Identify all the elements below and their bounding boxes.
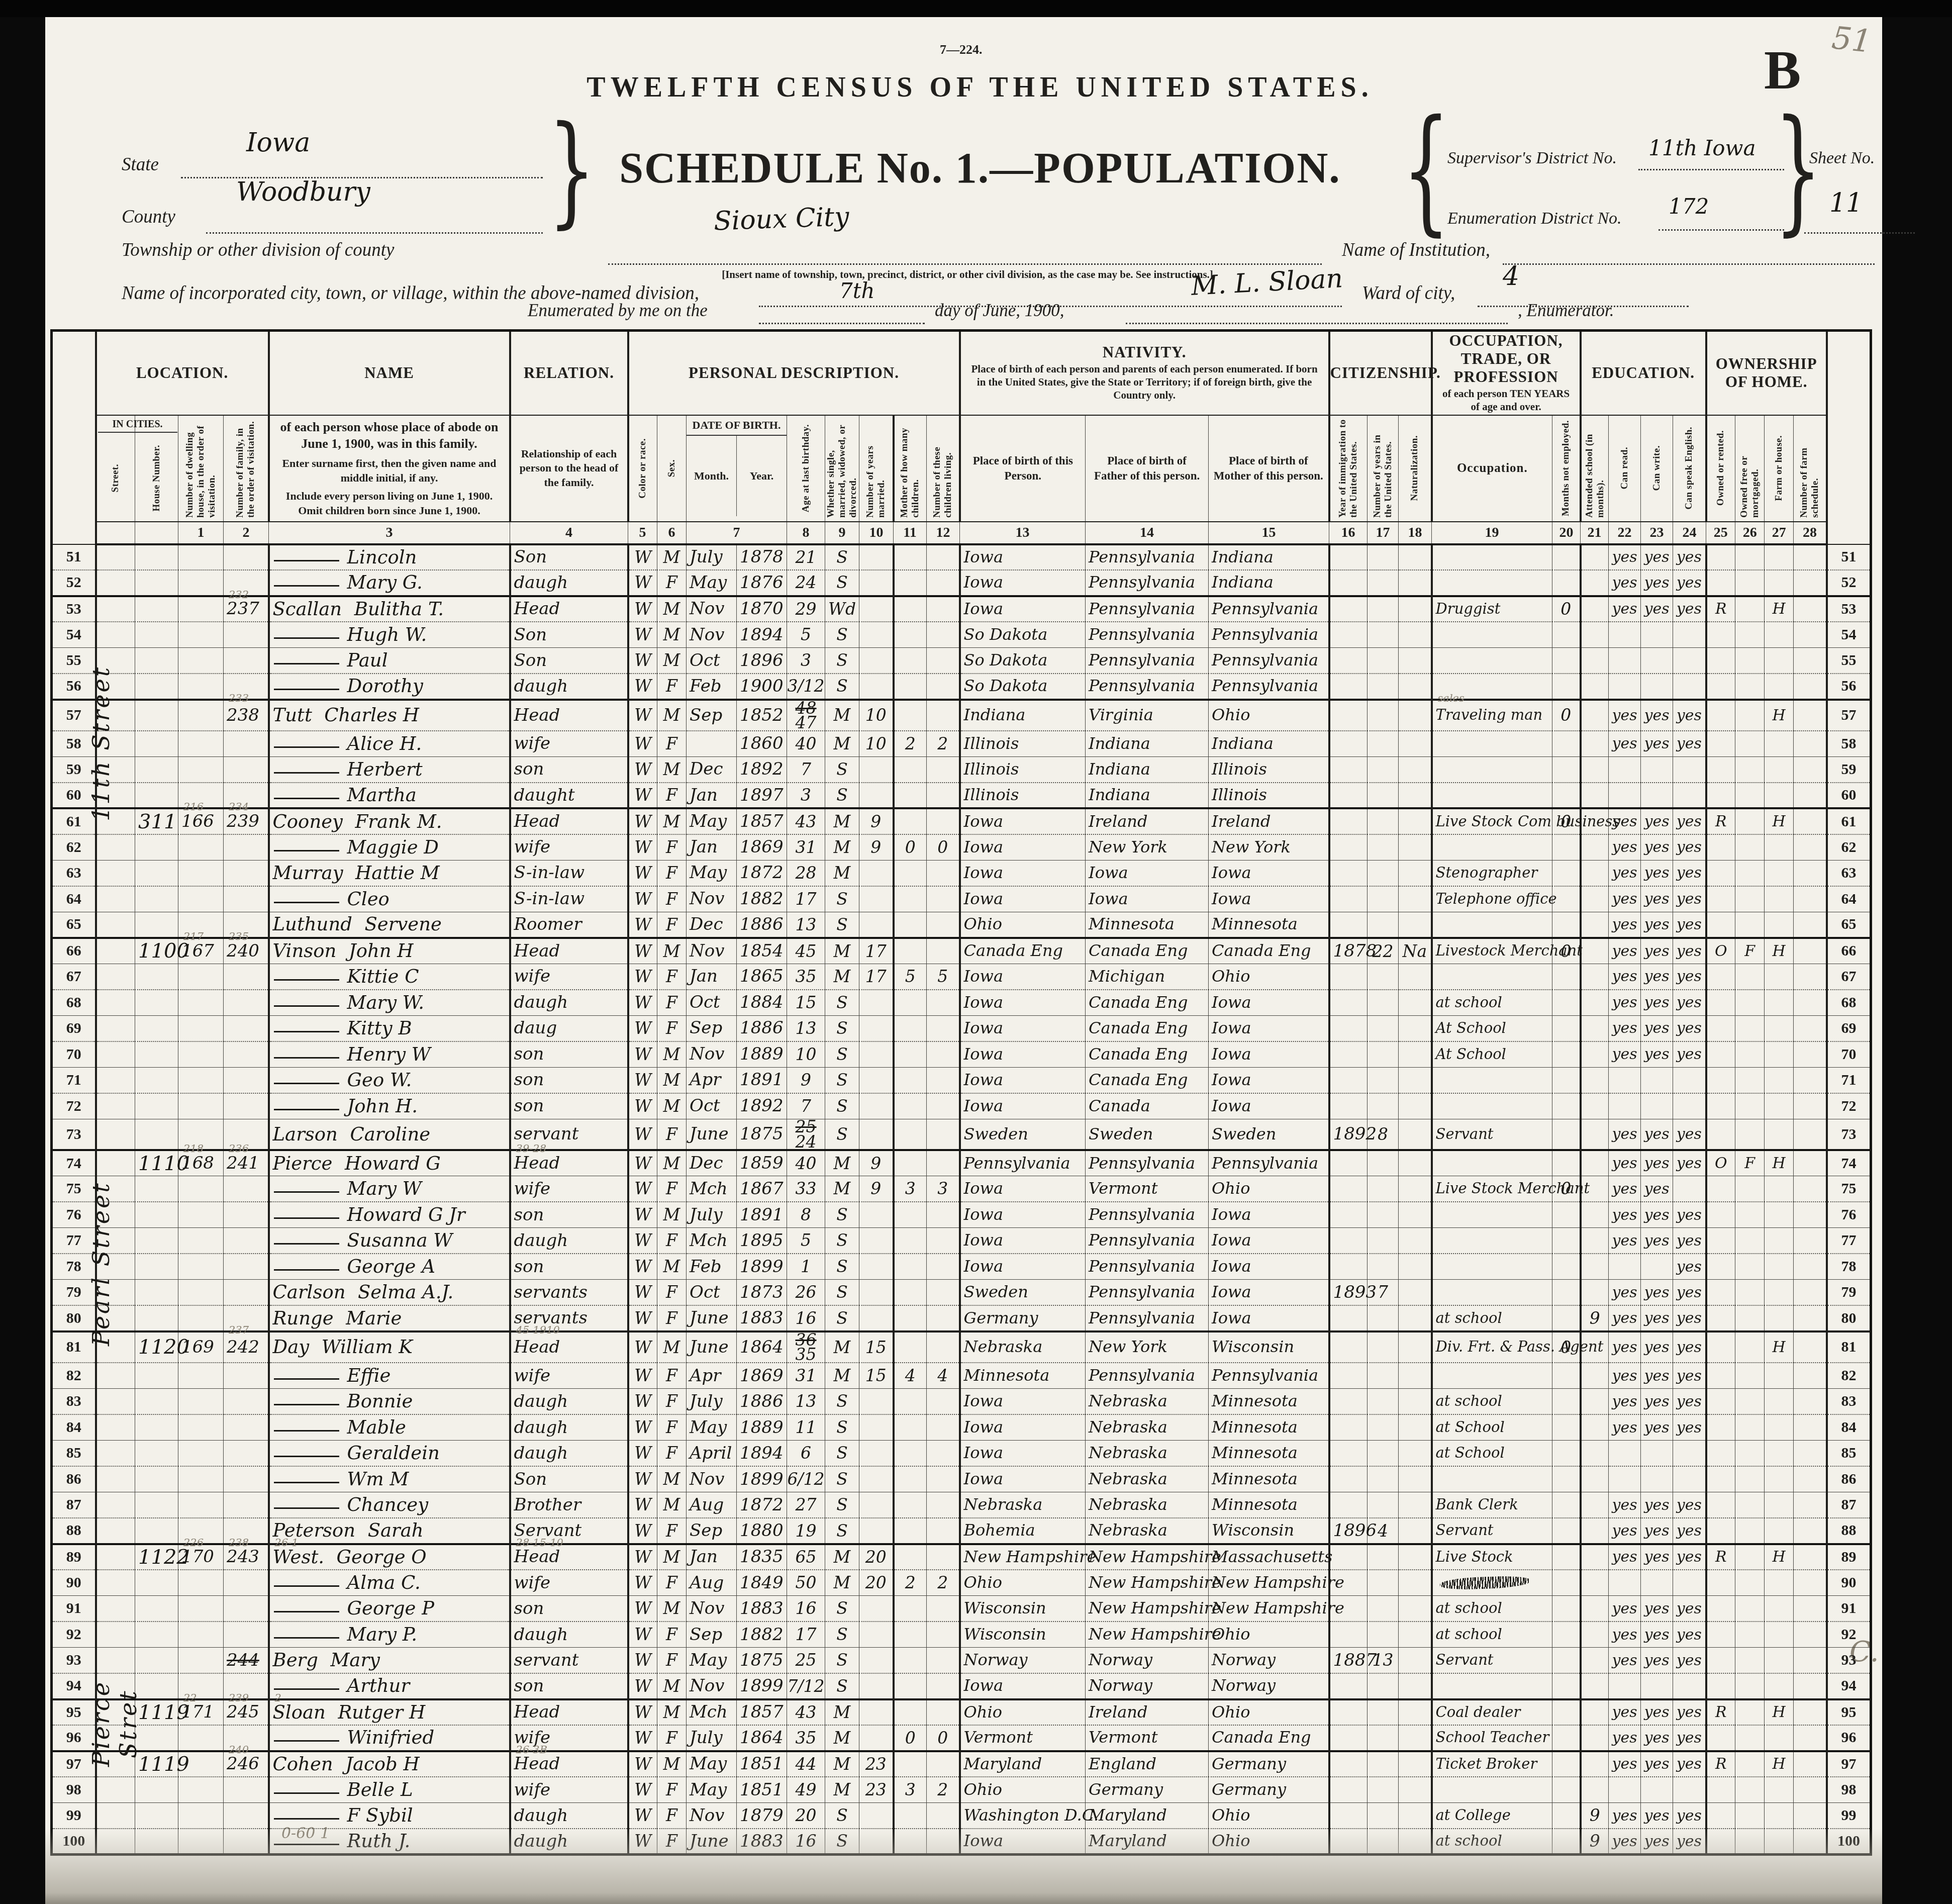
cell-na xyxy=(1399,783,1432,809)
cell-sx: F xyxy=(657,1414,687,1441)
cell-pb: Iowa xyxy=(960,1015,1086,1041)
cell-mc xyxy=(894,596,927,622)
cell-ym xyxy=(859,1254,894,1280)
cell-yu xyxy=(1368,1067,1399,1093)
cell-mc xyxy=(894,1699,927,1726)
cell-ms: S xyxy=(825,1202,859,1228)
line-number-left: 68 xyxy=(52,990,96,1016)
cell-ym xyxy=(859,1202,894,1228)
col-month: Month. xyxy=(687,436,737,516)
cell-pm: Iowa xyxy=(1209,1015,1329,1041)
cell-pb: Sweden xyxy=(960,1280,1086,1306)
cell-yr: 1867 xyxy=(737,1176,787,1202)
cell-mn xyxy=(1552,1228,1581,1254)
cell-ym xyxy=(859,1041,894,1068)
cell-ag: 44 xyxy=(787,1751,825,1777)
cell-mo: Feb xyxy=(687,674,737,700)
cell-sx: F xyxy=(657,1119,687,1150)
cell-rel: wife xyxy=(510,1570,628,1596)
cell-nm: Runge Marie xyxy=(269,1305,510,1331)
cell-mo: Jan xyxy=(687,783,737,809)
group-relation: RELATION. xyxy=(510,331,628,415)
cell-na xyxy=(1399,1544,1432,1570)
table-row: 91George PsonWMNov188316SWisconsinNew Ha… xyxy=(52,1596,1871,1622)
cell-yr: 1896 xyxy=(737,648,787,674)
cell-at xyxy=(1581,674,1609,700)
table-row: 951119221712392452Sloan Rutger HHeadWMMc… xyxy=(52,1699,1871,1726)
surname-ditto-line xyxy=(274,1792,339,1794)
cell-na xyxy=(1399,1777,1432,1803)
cell-mc xyxy=(894,674,927,700)
cell-wr: yes xyxy=(1641,700,1673,731)
cell-yu xyxy=(1368,1305,1399,1331)
cell-yr: 1894 xyxy=(737,1441,787,1467)
col-number: 19 xyxy=(1432,522,1552,544)
cell-om xyxy=(1735,834,1765,861)
cell-yr: 1886 xyxy=(737,1015,787,1041)
line-number-right: 86 xyxy=(1827,1466,1871,1492)
cell-fs xyxy=(1794,1067,1827,1093)
cell-ms: S xyxy=(825,1254,859,1280)
cell-sx: F xyxy=(657,1389,687,1415)
cell-om xyxy=(1735,1492,1765,1518)
cell-mn xyxy=(1552,990,1581,1016)
cell-sx: M xyxy=(657,1202,687,1228)
col-can-read: Can read. xyxy=(1609,415,1641,522)
form-number: 7—224. xyxy=(940,42,983,57)
cell-yu xyxy=(1368,596,1399,622)
cell-at: 9 xyxy=(1581,1803,1609,1829)
cell-yr: 1857 xyxy=(737,808,787,834)
cell-mn xyxy=(1552,1150,1581,1176)
cell-rd xyxy=(1609,783,1641,809)
cell-cl xyxy=(927,1829,960,1855)
cell-or xyxy=(1706,1389,1735,1415)
cell-pb: Sweden xyxy=(960,1119,1086,1150)
table-row: 82EffiewifeWFApr186931M1544MinnesotaPenn… xyxy=(52,1363,1871,1389)
cell-yr: 1891 xyxy=(737,1067,787,1093)
cell-yr: 1879 xyxy=(737,1803,787,1829)
cell-hs xyxy=(135,1492,178,1518)
cell-rel: wife xyxy=(510,1363,628,1389)
cell-na xyxy=(1399,1176,1432,1202)
cell-hs xyxy=(135,1119,178,1150)
cell-or xyxy=(1706,1176,1735,1202)
cell-pm: Germany xyxy=(1209,1777,1329,1803)
cell-fh xyxy=(1765,990,1794,1016)
cell-or xyxy=(1706,1648,1735,1674)
cell-or xyxy=(1706,1492,1735,1518)
cell-st xyxy=(96,1518,135,1544)
cell-wr: yes xyxy=(1641,1202,1673,1228)
cell-sp: yes xyxy=(1673,1015,1706,1041)
cell-sx: M xyxy=(657,1673,687,1699)
cell-ym xyxy=(859,1389,894,1415)
cell-rd: yes xyxy=(1609,860,1641,886)
cell-sp xyxy=(1673,674,1706,700)
cell-oc xyxy=(1432,1202,1552,1228)
cell-om xyxy=(1735,674,1765,700)
cell-rd: yes xyxy=(1609,544,1641,570)
cell-om xyxy=(1735,1363,1765,1389)
cell-or xyxy=(1706,622,1735,648)
cell-fh xyxy=(1765,731,1794,757)
cell-at: 9 xyxy=(1581,1829,1609,1855)
scratched-out-entry xyxy=(1439,1575,1530,1590)
cell-sp xyxy=(1673,1093,1706,1119)
cell-mo: May xyxy=(687,570,737,596)
cell-or xyxy=(1706,834,1735,861)
cell-cl xyxy=(927,544,960,570)
cell-wr: yes xyxy=(1641,1596,1673,1622)
cell-c: W xyxy=(628,1119,657,1150)
cell-om xyxy=(1735,1622,1765,1648)
cell-ym: 9 xyxy=(859,1176,894,1202)
cell-pb: So Dakota xyxy=(960,648,1086,674)
cell-fs xyxy=(1794,1829,1827,1855)
group-citizenship: CITIZENSHIP. xyxy=(1329,331,1432,415)
col-name: of each person whose place of abode on J… xyxy=(269,415,510,522)
surname-ditto-line xyxy=(274,1844,339,1845)
cell-ms: M xyxy=(825,808,859,834)
cell-dw: 217167 xyxy=(178,938,224,964)
cell-mc xyxy=(894,1331,927,1363)
cell-cl xyxy=(927,990,960,1016)
cell-nm: Kitty B xyxy=(269,1015,510,1041)
cell-ag: 17 xyxy=(787,886,825,912)
cell-hs xyxy=(135,756,178,783)
cell-sx: F xyxy=(657,912,687,938)
cell-pf: Pennsylvania xyxy=(1086,622,1209,648)
cell-wr: yes xyxy=(1641,570,1673,596)
cell-wr xyxy=(1641,1673,1673,1699)
cell-rd: yes xyxy=(1609,1518,1641,1544)
cell-fh xyxy=(1765,1596,1794,1622)
cell-sx: M xyxy=(657,1254,687,1280)
cell-dw xyxy=(178,756,224,783)
cell-at xyxy=(1581,1570,1609,1596)
cell-nm: Susanna W xyxy=(269,1228,510,1254)
table-row: 92Mary P.daughWFSep188217SWisconsinNew H… xyxy=(52,1622,1871,1648)
cell-sp: yes xyxy=(1673,1331,1706,1363)
cell-pf: Ireland xyxy=(1086,808,1209,834)
cell-sp: yes xyxy=(1673,1648,1706,1674)
cell-wr: yes xyxy=(1641,1280,1673,1306)
cell-ym xyxy=(859,1829,894,1855)
cell-cl xyxy=(927,1150,960,1176)
pencil-annotation: 45-1910 xyxy=(516,1325,560,1336)
cell-ym xyxy=(859,783,894,809)
cell-fh xyxy=(1765,1648,1794,1674)
cell-yu xyxy=(1368,1699,1399,1726)
cell-pm: Sweden xyxy=(1209,1119,1329,1150)
cell-na xyxy=(1399,1622,1432,1648)
cell-mn: 0 xyxy=(1552,1331,1581,1363)
cell-sx: F xyxy=(657,1570,687,1596)
cell-rd: yes xyxy=(1609,1648,1641,1674)
cell-dw xyxy=(178,1305,224,1331)
cell-c: W xyxy=(628,700,657,731)
cell-rel: S-in-law xyxy=(510,860,628,886)
col-attended-school: Attended school (in months). xyxy=(1581,415,1609,522)
cell-rd: yes xyxy=(1609,1596,1641,1622)
cell-ms: M xyxy=(825,938,859,964)
cell-om xyxy=(1735,1280,1765,1306)
cell-wr xyxy=(1641,1067,1673,1093)
cell-ms: S xyxy=(825,1518,859,1544)
cell-at xyxy=(1581,1544,1609,1570)
cell-mc xyxy=(894,1254,927,1280)
cell-fh: H xyxy=(1765,1751,1794,1777)
cell-ms: S xyxy=(825,1648,859,1674)
line-number-header-right xyxy=(1827,331,1871,544)
cell-cl xyxy=(927,808,960,834)
cell-sp xyxy=(1673,1176,1706,1202)
cell-or xyxy=(1706,783,1735,809)
col-number: 16 xyxy=(1329,522,1368,544)
cell-pf: Canada Eng xyxy=(1086,1041,1209,1068)
cell-ms: Wd xyxy=(825,596,859,622)
cell-at xyxy=(1581,1280,1609,1306)
cell-pf: New Hampshire xyxy=(1086,1544,1209,1570)
cell-wr: yes xyxy=(1641,938,1673,964)
cell-yr: 1857 xyxy=(737,1699,787,1726)
cell-pm: Ireland xyxy=(1209,808,1329,834)
cell-ym xyxy=(859,1596,894,1622)
cell-mc xyxy=(894,1673,927,1699)
cell-fs xyxy=(1794,1280,1827,1306)
cell-fh xyxy=(1765,648,1794,674)
supervisor-line xyxy=(1638,169,1784,170)
cell-ms: S xyxy=(825,1622,859,1648)
cell-ag: 10 xyxy=(787,1041,825,1068)
cell-hs xyxy=(135,1067,178,1093)
cell-fs xyxy=(1794,1441,1827,1467)
cell-pf: Norway xyxy=(1086,1673,1209,1699)
cell-or: R xyxy=(1706,596,1735,622)
cell-yr: 1886 xyxy=(737,912,787,938)
district-brace-open: { xyxy=(1402,103,1450,238)
cell-im: 1887 xyxy=(1329,1648,1368,1674)
cell-fh xyxy=(1765,886,1794,912)
cell-nm: Mary P. xyxy=(269,1622,510,1648)
cell-pf: Michigan xyxy=(1086,964,1209,990)
cell-nm: Effie xyxy=(269,1363,510,1389)
cell-mc xyxy=(894,1751,927,1777)
cell-yr: 1883 xyxy=(737,1596,787,1622)
cell-mo: Mch xyxy=(687,1699,737,1726)
table-row: 60MarthadaughtWFJan18973SIllinoisIndiana… xyxy=(52,783,1871,809)
cell-hs xyxy=(135,964,178,990)
cell-oc xyxy=(1432,544,1552,570)
surname-ditto-line xyxy=(274,979,339,981)
cell-c: W xyxy=(628,912,657,938)
cell-nm: Carlson Selma A.J. xyxy=(269,1280,510,1306)
cell-im xyxy=(1329,596,1368,622)
cell-yr: 1835 xyxy=(737,1544,787,1570)
cell-ms: M xyxy=(825,1699,859,1726)
cell-cl xyxy=(927,1389,960,1415)
cell-cl xyxy=(927,1699,960,1726)
cell-sp: yes xyxy=(1673,964,1706,990)
pencil-annotation: 239 xyxy=(229,1693,249,1703)
cell-hs xyxy=(135,648,178,674)
cell-mn xyxy=(1552,1829,1581,1855)
cell-pm: Wisconsin xyxy=(1209,1331,1329,1363)
cell-om xyxy=(1735,1544,1765,1570)
cell-fh xyxy=(1765,1280,1794,1306)
cell-ym: 9 xyxy=(859,834,894,861)
cell-nm: 2Sloan Rutger H xyxy=(269,1699,510,1726)
cell-fam xyxy=(224,1466,269,1492)
cell-na xyxy=(1399,1492,1432,1518)
col-number: 1 xyxy=(178,522,224,544)
cell-mo: Oct xyxy=(687,1093,737,1119)
cell-na xyxy=(1399,1093,1432,1119)
cell-sx: F xyxy=(657,1363,687,1389)
cell-hs: 1100 xyxy=(135,938,178,964)
ward-label: Ward of city, xyxy=(1362,282,1455,304)
cell-fs xyxy=(1794,1041,1827,1068)
cell-rd xyxy=(1609,1067,1641,1093)
cell-mc: 4 xyxy=(894,1363,927,1389)
cell-mc xyxy=(894,1829,927,1855)
cell-or xyxy=(1706,756,1735,783)
cell-ag: 50 xyxy=(787,1570,825,1596)
cell-sx: M xyxy=(657,1596,687,1622)
cell-mo xyxy=(687,731,737,757)
cell-pm: Illinois xyxy=(1209,756,1329,783)
cell-hs: 1120 xyxy=(135,1331,178,1363)
cell-wr: yes xyxy=(1641,1150,1673,1176)
cell-pm: Minnesota xyxy=(1209,912,1329,938)
group-nativity: NATIVITY. Place of birth of each person … xyxy=(960,331,1329,415)
cell-c: W xyxy=(628,834,657,861)
cell-ms: S xyxy=(825,1389,859,1415)
cell-c: W xyxy=(628,964,657,990)
cell-c: W xyxy=(628,622,657,648)
cell-nm: Pierce Howard G xyxy=(269,1150,510,1176)
table-row: 58Alice H.wifeWF186040M1022IllinoisIndia… xyxy=(52,731,1871,757)
cell-fam xyxy=(224,756,269,783)
cell-or: O xyxy=(1706,938,1735,964)
cell-rd: yes xyxy=(1609,1305,1641,1331)
cell-oc: At School xyxy=(1432,1041,1552,1068)
line-number-left: 89 xyxy=(52,1544,96,1570)
cell-fh xyxy=(1765,1176,1794,1202)
line-number-left: 63 xyxy=(52,860,96,886)
cell-dw xyxy=(178,990,224,1016)
cell-sp: yes xyxy=(1673,1202,1706,1228)
cell-fh xyxy=(1765,860,1794,886)
cell-ag: 6 xyxy=(787,1441,825,1467)
cell-om xyxy=(1735,1414,1765,1441)
cell-or xyxy=(1706,700,1735,731)
cell-ag: 16 xyxy=(787,1829,825,1855)
line-number-left: 52 xyxy=(52,570,96,596)
cell-st xyxy=(96,1544,135,1570)
cell-pf: Pennsylvania xyxy=(1086,674,1209,700)
table-row: 87ChanceyBrotherWMAug187227SNebraskaNebr… xyxy=(52,1492,1871,1518)
cell-sx: M xyxy=(657,544,687,570)
cell-or: O xyxy=(1706,1150,1735,1176)
enum-district-label: Enumeration District No. xyxy=(1447,209,1622,228)
cell-mc xyxy=(894,1093,927,1119)
col-number: 20 xyxy=(1552,522,1581,544)
col-pob-person: Place of birth of this Person. xyxy=(960,415,1086,522)
enum-district-line xyxy=(1658,229,1784,231)
cell-sx: M xyxy=(657,596,687,622)
cell-pm: Pennsylvania xyxy=(1209,596,1329,622)
line-number-right: 75 xyxy=(1827,1176,1871,1202)
cell-st xyxy=(96,622,135,648)
cell-pm: Ohio xyxy=(1209,700,1329,731)
cell-fam xyxy=(224,1492,269,1518)
cell-sp xyxy=(1673,1441,1706,1467)
cell-ms: S xyxy=(825,1305,859,1331)
cell-ag: 21 xyxy=(787,544,825,570)
table-row: 79Carlson Selma A.J.servantsWFOct187326S… xyxy=(52,1280,1871,1306)
cell-mn xyxy=(1552,1254,1581,1280)
cell-fs xyxy=(1794,1119,1827,1150)
cell-fs xyxy=(1794,1725,1827,1751)
surname-ditto-line xyxy=(274,637,339,639)
cell-cl: 2 xyxy=(927,731,960,757)
cell-fh xyxy=(1765,622,1794,648)
cell-om xyxy=(1735,964,1765,990)
cell-yr: 1872 xyxy=(737,860,787,886)
cell-ag: 2524 xyxy=(787,1119,825,1150)
cell-at xyxy=(1581,1777,1609,1803)
cell-sx: F xyxy=(657,964,687,990)
cell-dw xyxy=(178,1492,224,1518)
cell-na xyxy=(1399,756,1432,783)
pencil-annotation: 226 xyxy=(183,1538,204,1548)
cell-om xyxy=(1735,756,1765,783)
cell-mc: 3 xyxy=(894,1777,927,1803)
col-years-in-us: Number of years in the United States. xyxy=(1368,415,1399,522)
cell-fh xyxy=(1765,1119,1794,1150)
cell-c: W xyxy=(628,1414,657,1441)
cell-ms: S xyxy=(825,622,859,648)
cell-ms: M xyxy=(825,860,859,886)
cell-ag: 16 xyxy=(787,1596,825,1622)
cell-yu xyxy=(1368,1777,1399,1803)
cell-ag: 35 xyxy=(787,1725,825,1751)
cell-mn xyxy=(1552,1414,1581,1441)
cell-yu xyxy=(1368,1228,1399,1254)
col-number: 28 xyxy=(1794,522,1827,544)
cell-sp: yes xyxy=(1673,886,1706,912)
cell-ag: 65 xyxy=(787,1544,825,1570)
cell-sx: M xyxy=(657,1492,687,1518)
cell-ym xyxy=(859,1414,894,1441)
cell-pb: Washington D.C. xyxy=(960,1803,1086,1829)
col-number: 4 xyxy=(510,522,628,544)
table-row: 56DorothydaughWFFeb19003/12SSo DakotaPen… xyxy=(52,674,1871,700)
cell-pm: Indiana xyxy=(1209,544,1329,570)
surname-ditto-line xyxy=(274,1611,339,1612)
cell-at xyxy=(1581,1041,1609,1068)
surname-ditto-line xyxy=(274,1456,339,1457)
cell-mc xyxy=(894,1067,927,1093)
cell-na xyxy=(1399,1363,1432,1389)
cell-c: W xyxy=(628,1015,657,1041)
occupation-subtitle: of each person TEN YEARS of age and over… xyxy=(1433,386,1580,415)
cell-rel: 39-28Head xyxy=(510,1150,628,1176)
cell-fam: 238243 xyxy=(224,1544,269,1570)
line-number-right: 64 xyxy=(1827,886,1871,912)
